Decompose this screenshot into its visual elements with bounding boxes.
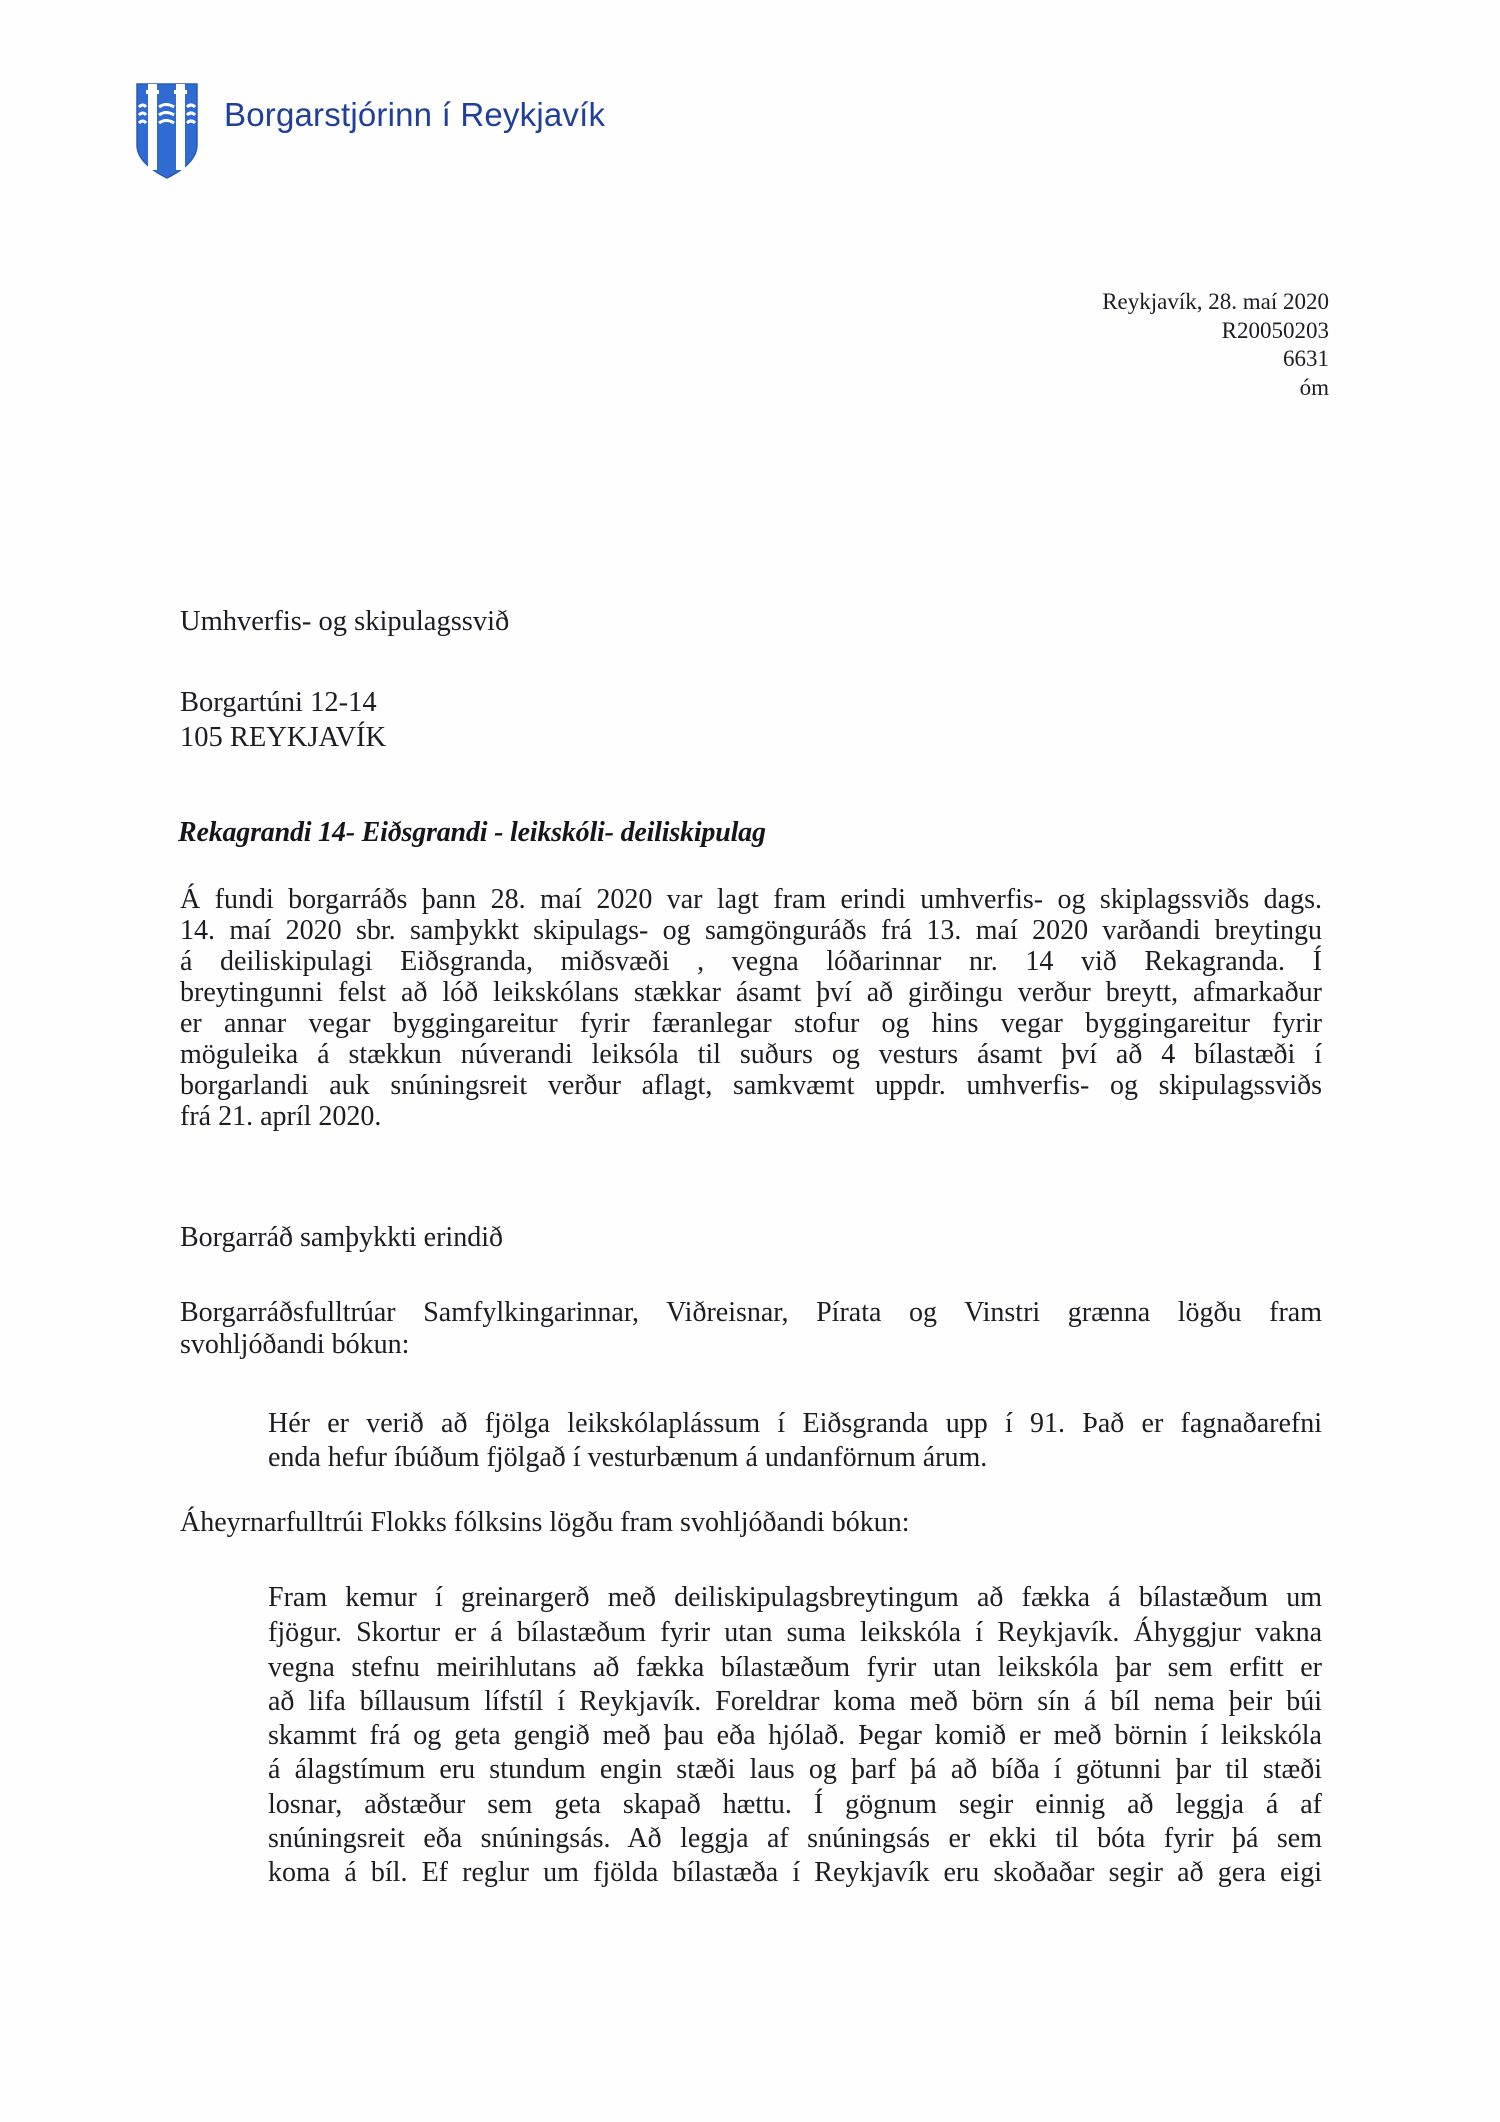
paragraph-line: snúningsreit eða snúningsás. Að leggja a… <box>268 1823 1322 1855</box>
paragraph-line: er annar vegar byggingareitur fyrir færa… <box>180 1008 1322 1040</box>
reference-block: Reykjavík, 28. maí 2020 R20050203 6631 ó… <box>1102 288 1329 402</box>
approval-statement: Borgarráð samþykkti erindið <box>180 1222 503 1254</box>
paragraph-line: Borgarráðsfulltrúar Samfylkingarinnar, V… <box>180 1297 1322 1329</box>
paragraph-line: Á fundi borgarráðs þann 28. maí 2020 var… <box>180 884 1322 916</box>
paragraph-line: skammt frá og geta gengið með þau eða hj… <box>268 1720 1322 1752</box>
paragraph-line: losnar, aðstæður sem geta skapað hættu. … <box>268 1789 1322 1821</box>
organization-name: Borgarstjórinn í Reykjavík <box>224 96 605 134</box>
paragraph-line: koma á bíl. Ef reglur um fjölda bílastæð… <box>268 1857 1322 1889</box>
place-date: Reykjavík, 28. maí 2020 <box>1102 288 1329 317</box>
observer-intro: Áheyrnarfulltrúi Flokks fólksins lögðu f… <box>180 1507 910 1539</box>
paragraph-line: að lifa bíllausum lífstíl í Reykjavík. F… <box>268 1686 1322 1718</box>
paragraph-line: svohljóðandi bókun: <box>180 1329 1322 1361</box>
recipient-street: Borgartúni 12-14 <box>180 685 386 720</box>
paragraph-line: breytingunni felst að lóð leikskólans st… <box>180 977 1322 1009</box>
paragraph-line: borgarlandi auk snúningsreit verður afla… <box>180 1070 1322 1102</box>
paragraph-line: möguleika á stækkun núverandi leiksóla t… <box>180 1039 1322 1071</box>
paragraph-line: vegna stefnu meirihlutans að fækka bílas… <box>268 1652 1322 1684</box>
paragraph-line: Fram kemur í greinargerð með deiliskipul… <box>268 1582 1322 1614</box>
letter-page: Borgarstjórinn í Reykjavík Reykjavík, 28… <box>0 0 1500 2122</box>
paragraph-line: fjögur. Skortur er á bílastæðum fyrir ut… <box>268 1617 1322 1649</box>
subject-heading: Rekagrandi 14- Eiðsgrandi - leikskóli- d… <box>178 817 766 849</box>
author-initials: óm <box>1102 374 1329 403</box>
paragraph-line: enda hefur íbúðum fjölgað í vesturbænum … <box>268 1442 1322 1474</box>
reykjavik-coat-of-arms-icon <box>136 83 198 179</box>
paragraph-line: 14. maí 2020 sbr. samþykkt skipulags- og… <box>180 915 1322 947</box>
paragraph-line: á deiliskipulagi Eiðsgranda, miðsvæði , … <box>180 946 1322 978</box>
recipient-city: 105 REYKJAVÍK <box>180 720 386 755</box>
recipient-address: Borgartúni 12-14 105 REYKJAVÍK <box>180 685 386 755</box>
recipient-department: Umhverfis- og skipulagssvið <box>180 606 509 638</box>
case-number: R20050203 <box>1102 317 1329 346</box>
paragraph-line: Hér er verið að fjölga leikskólaplássum … <box>268 1408 1322 1440</box>
paragraph-line: á álagstímum eru stundum engin stæði lau… <box>268 1754 1322 1786</box>
document-number: 6631 <box>1102 345 1329 374</box>
paragraph-line: frá 21. apríl 2020. <box>180 1101 1322 1133</box>
